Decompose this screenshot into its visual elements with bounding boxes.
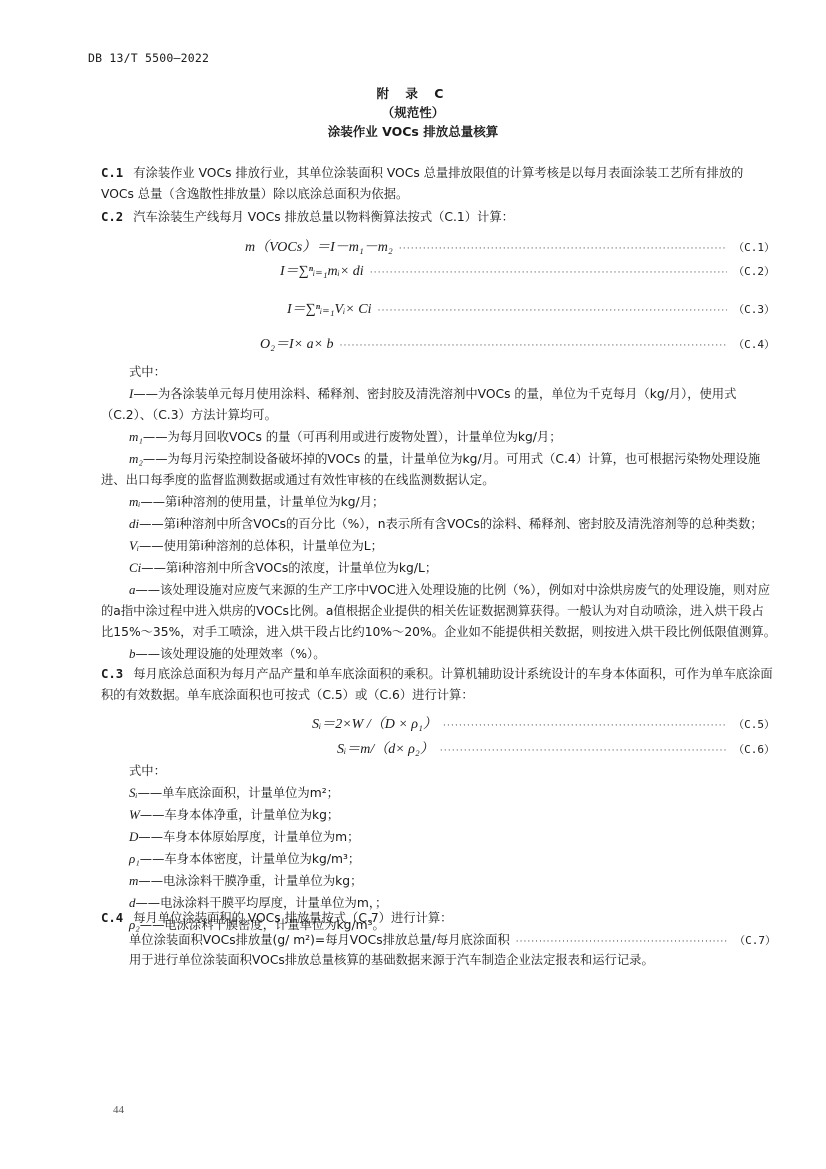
definition-mi: mᵢ——第i种溶剂的使用量，计量单位为kg/月； <box>101 491 776 513</box>
section-text: 每月底涂总面积为每月产品产量和单车底涂面积的乘积。计算机辅助设计系统设计的车身本… <box>101 667 773 702</box>
definition-m: m——电泳涂料干膜净重，计量单位为kg； <box>101 870 776 892</box>
section-c1: C.1有涂装作业 VOCs 排放行业，其单位涂装面积 VOCs 总量排放限值的计… <box>101 163 776 205</box>
section-number: C.4 <box>101 911 123 925</box>
definition-b: b——该处理设施的处理效率（%）。 <box>101 643 776 665</box>
definition-di: di——第i种溶剂中所含VOCs的百分比（%），n表示所有含VOCs的涂料、稀释… <box>101 513 776 535</box>
definition-I: I——为各涂装单元每月使用涂料、稀释剂、密封胶及清洗溶剂中VOCs 的量，单位为… <box>101 383 776 426</box>
leader-dots: ········································… <box>399 243 727 253</box>
equation-number: （C.6） <box>733 741 775 757</box>
section-text: 每月单位涂装面积的 VOCs 排放量按式（C.7）进行计算： <box>133 911 452 925</box>
c2-definitions: 式中： I——为各涂装单元每月使用涂料、稀释剂、密封胶及清洗溶剂中VOCs 的量… <box>101 362 776 665</box>
formula-c3: I＝∑ⁿᵢ₌₁Vᵢ× Ci ··························… <box>287 298 775 318</box>
formula-expression: I＝∑ⁿᵢ₌₁mᵢ× di <box>280 260 364 280</box>
formula-c7: 单位涂装面积VOCs排放量(g/ m²)=每月VOCs排放总量/每月底涂面积 ·… <box>129 930 776 948</box>
formula-c1: m（VOCs）＝I－m₁－m₂ ························… <box>245 236 775 256</box>
page-number: 44 <box>113 1104 124 1116</box>
section-number: C.3 <box>101 667 123 681</box>
c4-note: 用于进行单位涂装面积VOCs排放总量核算的基础数据来源于汽车制造企业法定报表和运… <box>129 950 776 971</box>
leader-dots: ········································… <box>370 267 727 277</box>
section-number: C.1 <box>101 166 123 180</box>
definition-rho1: ρ₁——车身本体密度，计量单位为kg/m³； <box>101 848 776 870</box>
where-label: 式中： <box>101 362 776 383</box>
formula-expression: I＝∑ⁿᵢ₌₁Vᵢ× Ci <box>287 298 371 318</box>
formula-expression: Sᵢ＝m/（d× ρ₂） <box>337 738 434 758</box>
formula-c6: Sᵢ＝m/（d× ρ₂） ···························… <box>337 738 775 758</box>
section-text: 汽车涂装生产线每月 VOCs 排放总量以物料衡算法按式（C.1）计算： <box>133 210 514 224</box>
formula-expression: m（VOCs）＝I－m₁－m₂ <box>245 236 393 256</box>
formula-c4: O₂＝I× a× b ·····························… <box>260 333 775 353</box>
leader-dots: ········································… <box>440 745 727 755</box>
equation-number: （C.4） <box>733 336 775 352</box>
equation-number: （C.1） <box>733 239 775 255</box>
appendix-label: 附 录 C <box>0 84 826 102</box>
document-code: DB 13/T 5500—2022 <box>88 51 209 65</box>
definition-si: Sᵢ——单车底涂面积，计量单位为m²； <box>101 782 776 804</box>
where-label: 式中： <box>101 761 776 782</box>
leader-dots: ········································… <box>340 340 728 350</box>
section-number: C.2 <box>101 210 123 224</box>
equation-number: （C.3） <box>733 301 775 317</box>
definition-vi: Vᵢ——使用第i种溶剂的总体积，计量单位为L； <box>101 535 776 557</box>
definition-w: W——车身本体净重，计量单位为kg； <box>101 804 776 826</box>
appendix-nature: （规范性） <box>0 103 826 121</box>
equation-number: （C.7） <box>734 932 776 948</box>
appendix-title: 涂装作业 VOCs 排放总量核算 <box>0 122 826 140</box>
section-c3: C.3每月底涂总面积为每月产品产量和单车底涂面积的乘积。计算机辅助设计系统设计的… <box>101 664 776 706</box>
definition-ci: Ci——第i种溶剂中所含VOCs的浓度，计量单位为kg/L； <box>101 557 776 579</box>
formula-c2: I＝∑ⁿᵢ₌₁mᵢ× di ··························… <box>280 260 775 280</box>
leader-dots: ········································… <box>377 305 727 315</box>
section-text: 有涂装作业 VOCs 排放行业，其单位涂装面积 VOCs 总量排放限值的计算考核… <box>101 166 743 201</box>
definition-m1: m₁——为每月回收VOCs 的量（可再利用或进行废物处置），计量单位为kg/月； <box>101 426 776 448</box>
leader-dots: ········································… <box>516 937 728 947</box>
section-c4: C.4每月单位涂装面积的 VOCs 排放量按式（C.7）进行计算： <box>101 908 776 929</box>
formula-expression: 单位涂装面积VOCs排放量(g/ m²)=每月VOCs排放总量/每月底涂面积 <box>129 930 510 948</box>
leader-dots: ········································… <box>443 720 727 730</box>
definition-a: a——该处理设施对应废气来源的生产工序中VOC进入处理设施的比例（%），例如对中… <box>101 579 776 643</box>
definition-m2: m₂——为每月污染控制设备破坏掉的VOCs 的量，计量单位为kg/月。可用式（C… <box>101 448 776 491</box>
formula-expression: O₂＝I× a× b <box>260 333 334 353</box>
formula-expression: Sᵢ＝2×W /（D × ρ₁） <box>312 713 437 733</box>
equation-number: （C.5） <box>733 716 775 732</box>
section-c2: C.2汽车涂装生产线每月 VOCs 排放总量以物料衡算法按式（C.1）计算： <box>101 207 776 228</box>
definition-d-upper: D——车身本体原始厚度，计量单位为m； <box>101 826 776 848</box>
formula-c5: Sᵢ＝2×W /（D × ρ₁） ·······················… <box>312 713 775 733</box>
equation-number: （C.2） <box>733 263 775 279</box>
